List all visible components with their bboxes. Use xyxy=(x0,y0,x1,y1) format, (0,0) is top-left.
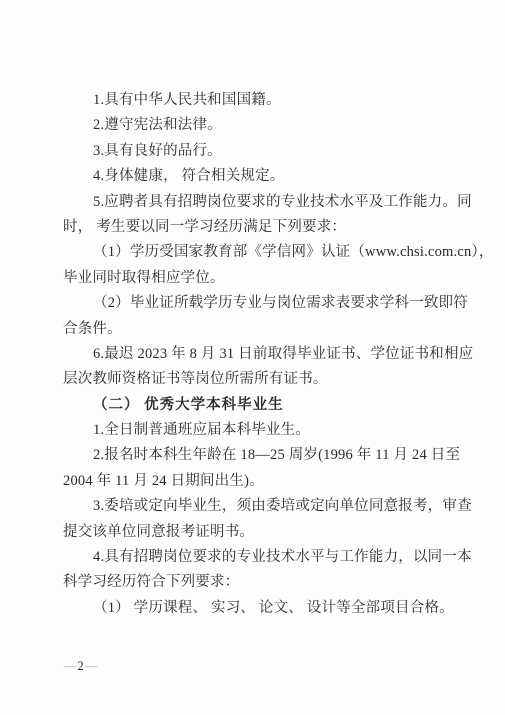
text-line: 5.应聘者具有招聘岗位要求的专业技术水平及工作能力。同 xyxy=(63,190,449,215)
text-line: 层次教师资格证书等岗位所需所有证书。 xyxy=(63,367,449,392)
text-line: 1.全日制普通班应届本科毕业生。 xyxy=(63,418,449,443)
text-line: 3.具有良好的品行。 xyxy=(63,139,449,164)
text-line: 提交该单位同意报考证明书。 xyxy=(63,520,449,545)
text-line: 3.委培或定向毕业生，须由委培或定向单位同意报考，审查 xyxy=(63,494,449,519)
page-number-dash-right: — xyxy=(85,659,98,673)
page-number: —2— xyxy=(64,658,97,674)
page-number-value: 2 xyxy=(77,659,85,673)
text-line: 时， 考生要以同一学习经历满足下列要求： xyxy=(63,215,449,240)
text-line: 2004 年 11 月 24 日期间出生)。 xyxy=(63,469,449,494)
text-line: （1）学历受国家教育部《学信网》认证（www.chsi.com.cn）， xyxy=(63,240,449,265)
text-line: 科学习经历符合下列要求： xyxy=(63,570,449,595)
page-number-dash-left: — xyxy=(64,659,77,673)
text-line: 6.最迟 2023 年 8 月 31 日前取得毕业证书、学位证书和相应 xyxy=(63,342,449,367)
document-body: 1.具有中华人民共和国国籍。2.遵守宪法和法律。3.具有良好的品行。4.身体健康… xyxy=(63,88,449,621)
text-line: 4.身体健康， 符合相关规定。 xyxy=(63,164,449,189)
text-line: （1） 学历课程、 实习、 论文、 设计等全部项目合格。 xyxy=(63,596,449,621)
document-page: 1.具有中华人民共和国国籍。2.遵守宪法和法律。3.具有良好的品行。4.身体健康… xyxy=(0,0,505,715)
text-line: （2）毕业证所载学历专业与岗位需求表要求学科一致即符 xyxy=(63,291,449,316)
text-line: 2.遵守宪法和法律。 xyxy=(63,113,449,138)
text-line: 4.具有招聘岗位要求的专业技术水平与工作能力，以同一本 xyxy=(63,545,449,570)
section-heading: （二） 优秀大学本科毕业生 xyxy=(63,393,449,418)
text-line: 合条件。 xyxy=(63,317,449,342)
text-line: 1.具有中华人民共和国国籍。 xyxy=(63,88,449,113)
text-line: 2.报名时本科生年龄在 18—25 周岁(1996 年 11 月 24 日至 xyxy=(63,443,449,468)
text-line: 毕业同时取得相应学位。 xyxy=(63,266,449,291)
